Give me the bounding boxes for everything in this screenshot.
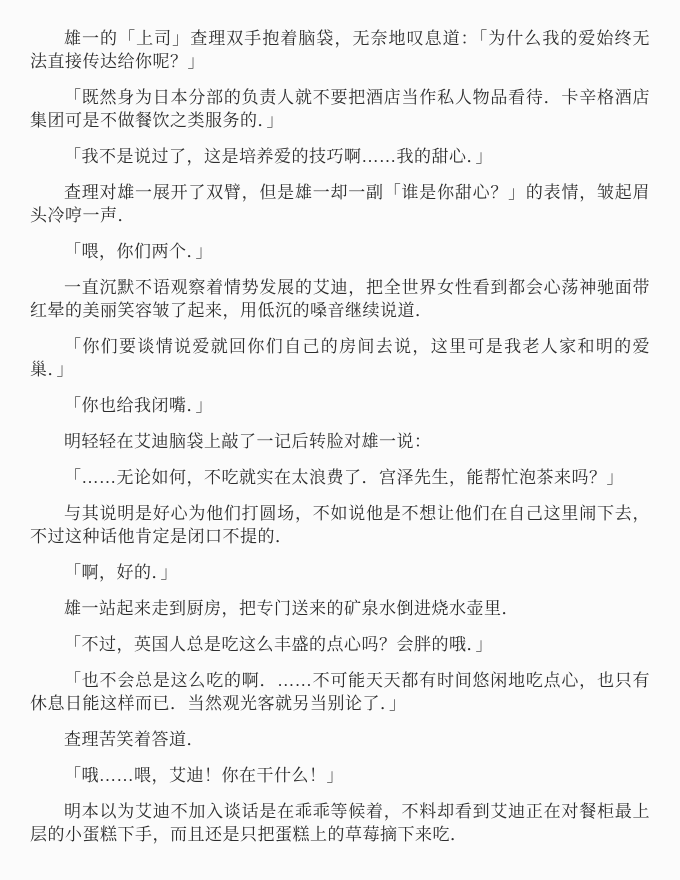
paragraph: 「我不是说过了，这是培养爱的技巧啊……我的甜心．」	[30, 145, 650, 168]
paragraph: 查理苦笑着答道．	[30, 728, 650, 751]
paragraph: 「也不会总是这么吃的啊．……不可能天天都有时间悠闲地吃点心，也只有休息日能这样而…	[30, 669, 650, 715]
paragraph: 「哦……喂，艾迪！你在干什么！」	[30, 764, 650, 787]
paragraph: 「啊，好的．」	[30, 561, 650, 584]
paragraph: 「既然身为日本分部的负责人就不要把酒店当作私人物品看待．卡辛格酒店集团可是不做餐…	[30, 86, 650, 132]
paragraph: 明轻轻在艾迪脑袋上敲了一记后转脸对雄一说：	[30, 430, 650, 453]
paragraph: 雄一站起来走到厨房，把专门送来的矿泉水倒进烧水壶里．	[30, 597, 650, 620]
paragraph: 查理对雄一展开了双臂，但是雄一却一副「谁是你甜心？」的表情，皱起眉头冷哼一声．	[30, 181, 650, 227]
paragraph: 「……无论如何，不吃就实在太浪费了．宫泽先生，能帮忙泡茶来吗？」	[30, 466, 650, 489]
paragraph: 雄一的「上司」查理双手抱着脑袋，无奈地叹息道：「为什么我的爱始终无法直接传达给你…	[30, 27, 650, 73]
paragraph: 「你也给我闭嘴．」	[30, 394, 650, 417]
paragraph: 明本以为艾迪不加入谈话是在乖乖等候着，不料却看到艾迪正在对餐柜最上层的小蛋糕下手…	[30, 800, 650, 846]
paragraph: 「不过，英国人总是吃这么丰盛的点心吗？会胖的哦．」	[30, 633, 650, 656]
novel-page: 雄一的「上司」查理双手抱着脑袋，无奈地叹息道：「为什么我的爱始终无法直接传达给你…	[0, 0, 680, 880]
paragraph: 「喂，你们两个．」	[30, 240, 650, 263]
paragraph: 「你们要谈情说爱就回你们自己的房间去说，这里可是我老人家和明的爱巢．」	[30, 335, 650, 381]
paragraph: 一直沉默不语观察着情势发展的艾迪，把全世界女性看到都会心荡神驰面带红晕的美丽笑容…	[30, 276, 650, 322]
paragraph: 与其说明是好心为他们打圆场，不如说他是不想让他们在自己这里闹下去，不过这种话他肯…	[30, 502, 650, 548]
